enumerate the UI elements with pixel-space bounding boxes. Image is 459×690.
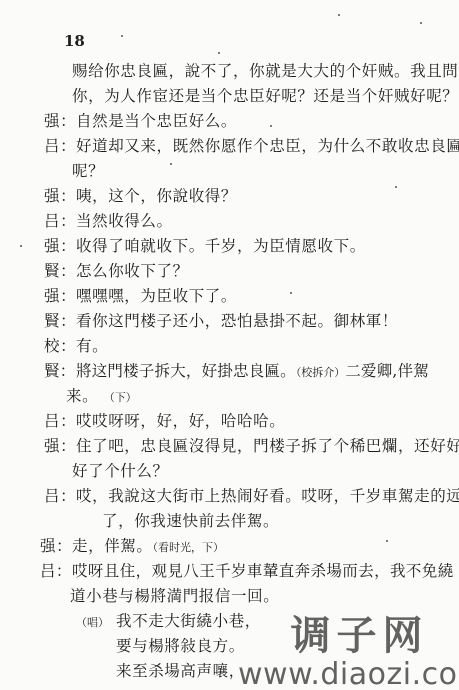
line-text: 走，伴駕。 [72,537,153,555]
dialogue-line: 賢：將这門楼子拆大，好掛忠良匾。（校拆介）二爱卿,伴駕 [44,362,429,382]
text-line: 来。 （下） [66,387,137,407]
line-text: 道小巷与楊將満門报信一回。 [70,587,279,605]
dialogue-line: 賢：看你这門楼子还小，恐怕悬掛不起。御林軍！ [44,312,398,330]
text-line: 赐给你忠良匾，說不了，你就是大大的个奸贼。我且問 [72,62,458,80]
speaker-label: 吕： [40,562,72,580]
speaker-label: 吕： [44,137,76,155]
dialogue-line: 强：咦，这个，你說收得？ [44,187,237,205]
line-text: 了，你我速快前去伴駕。 [102,512,279,530]
line-text: 哎，我說这大街市上热闹好看。哎呀，千岁車駕走的远 [76,487,459,505]
line-text: 將这門楼子拆大，好掛忠良匾。 [76,362,296,380]
speaker-label: 吕： [44,412,76,430]
speaker-label: 强： [44,437,76,455]
sung-line: （唱）我不走大街繞小巷， [76,612,261,632]
line-text: 收得了咱就收下。千岁，为臣情愿收下。 [76,237,366,255]
line-text: 哎呀且住，观見八王千岁車輦直奔杀場而去，我不免繞 [72,562,454,580]
speaker-label: 校： [44,337,76,355]
watermark: 调子网 www.diaozi.com [242,614,457,690]
sung-line: 要与楊將敍良方。 [116,637,245,655]
speaker-label: 吕： [44,212,76,230]
line-text: 自然是当个忠臣好么。 [76,112,237,130]
text-line: 好了个什么？ [72,462,169,480]
text-line: 道小巷与楊將満門报信一回。 [70,587,279,605]
line-text: 咦，这个，你說收得？ [76,187,237,205]
dialogue-line: 校：有。 [44,337,108,355]
line-text: 来至杀場高声嚷， [116,662,245,680]
dialogue-line: 吕：当然收得么。 [44,212,173,230]
dialogue-line: 吕：哎，我說这大街市上热闹好看。哎呀，千岁車駕走的远 [44,487,459,505]
dialogue-line: 吕：哎哎呀呀，好，好，哈哈哈。 [44,412,285,430]
speaker-label: 賢： [44,362,76,380]
line-text: 来。 [66,387,98,405]
dialogue-line: 强：自然是当个忠臣好么。 [44,112,237,130]
stage-direction: （看时光，下） [153,541,225,554]
speaker-label: 强： [44,112,76,130]
line-text: 好了个什么？ [72,462,169,480]
line-text: 住了吧，忠良匾沒得見，門楼子拆了个稀巴爛，还好好 [76,437,459,455]
line-text: 我不走大街繞小巷， [116,612,261,630]
line-text: 嘿嘿嘿，为臣收下了。 [76,287,237,305]
line-text: 要与楊將敍良方。 [116,637,245,655]
line-text: 二爱卿,伴駕 [345,362,429,380]
dialogue-line: 吕：好道却又来，既然你愿作个忠臣，为什么不敢收忠良匾 [44,137,459,155]
watermark-title: 调子网 [262,614,457,658]
singing-marker: （唱） [76,614,116,632]
sung-line: 来至杀場高声嚷， [116,662,245,680]
dialogue-line: 强：收得了咱就收下。千岁，为臣情愿收下。 [44,237,366,255]
dialogue-line: 强：嘿嘿嘿，为臣收下了。 [44,287,237,305]
speaker-label: 强： [44,237,76,255]
speaker-label: 吕： [44,487,76,505]
speaker-label: 賢： [44,262,76,280]
speaker-label: 賢： [44,312,76,330]
line-text: 你，为人作宦还是当个忠臣好呢？还是当个奸贼好呢？ [72,87,458,105]
line-text: 怎么你收下了？ [76,262,189,280]
line-text: 哎哎呀呀，好，好，哈哈哈。 [76,412,285,430]
line-text: 呢？ [72,162,104,180]
stage-direction: （校拆介） [296,366,346,379]
stage-direction: （下） [104,391,137,404]
text-line: 你，为人作宦还是当个忠臣好呢？还是当个奸贼好呢？ [72,87,458,105]
dialogue-line: 强：走，伴駕。（看时光，下） [40,537,224,557]
dialogue-line: 賢：怎么你收下了？ [44,262,189,280]
line-text: 好道却又来，既然你愿作个忠臣，为什么不敢收忠良匾 [76,137,459,155]
line-text: 当然收得么。 [76,212,173,230]
speaker-label: 强： [40,537,72,555]
dialogue-line: 强：住了吧，忠良匾沒得見，門楼子拆了个稀巴爛，还好好 [44,437,459,455]
watermark-url: www.diaozi.com [238,658,457,690]
line-text: 看你这門楼子还小，恐怕悬掛不起。御林軍！ [76,312,398,330]
page-number: 18 [64,32,85,50]
document-page: 18 赐给你忠良匾，說不了，你就是大大的个奸贼。我且問 你，为人作宦还是当个忠臣… [0,0,459,690]
speaker-label: 强： [44,287,76,305]
text-line: 呢？ [72,162,104,180]
text-line: 了，你我速快前去伴駕。 [102,512,279,530]
line-text: 赐给你忠良匾，說不了，你就是大大的个奸贼。我且問 [72,62,458,80]
speaker-label: 强： [44,187,76,205]
dialogue-line: 吕：哎呀且住，观見八王千岁車輦直奔杀場而去，我不免繞 [40,562,454,580]
line-text: 有。 [76,337,108,355]
